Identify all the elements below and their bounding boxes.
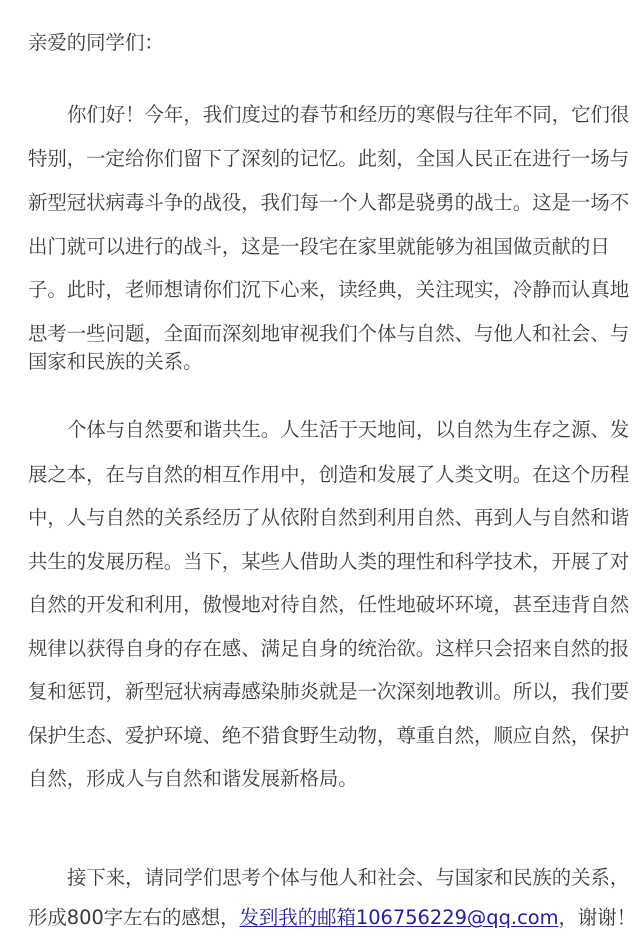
paragraph-line: 中，人与自然的关系经历了从依附自然到利用自然、再到人与自然和谐: [28, 506, 629, 530]
paragraph-line-with-link: 形成800字左右的感想，发到我的邮箱106756229@qq.com，谢谢！: [28, 906, 636, 930]
paragraph-line: 子。此时，老师想请你们沉下心来，读经典，关注现实，冷静而认真地: [28, 278, 629, 302]
paragraph-line: 展之本，在与自然的相互作用中，创造和发展了人类文明。在这个历程: [28, 463, 629, 487]
paragraph-line: 共生的发展历程。当下，某些人借助人类的理性和科学技术，开展了对: [28, 550, 629, 574]
paragraph-line: 国家和民族的关系。: [28, 350, 203, 374]
paragraph-line: 出门就可以进行的战斗，这是一段宅在家里就能够为祖国做贡献的日: [28, 235, 610, 259]
paragraph-line: 自然的开发和利用，傲慢地对待自然，任性地破坏环境，甚至违背自然: [28, 593, 629, 617]
paragraph-line: 规律以获得自身的存在感、满足自身的统治欲。这样只会招来自然的报: [28, 637, 629, 661]
paragraph-line: 特别，一定给你们留下了深刻的记忆。此刻，全国人民正在进行一场与: [28, 147, 629, 171]
email-link[interactable]: 发到我的邮箱106756229@qq.com: [240, 906, 559, 929]
assignment-text: 形成800字左右的感想，: [28, 906, 240, 929]
paragraph-line: 个体与自然要和谐共生。人生活于天地间，以自然为生存之源、发: [67, 418, 629, 442]
salutation: 亲爱的同学们：: [28, 31, 164, 55]
paragraph-line: 复和惩罚，新型冠状病毒感染肺炎就是一次深刻地教训。所以，我们要: [28, 680, 629, 704]
paragraph-line: 你们好！今年，我们度过的春节和经历的寒假与往年不同，它们很: [67, 103, 629, 127]
paragraph-line: 自然，形成人与自然和谐发展新格局。: [28, 767, 358, 791]
paragraph-line: 新型冠状病毒斗争的战役，我们每一个人都是骁勇的战士。这是一场不: [28, 191, 629, 215]
paragraph-line: 思考一些问题，全面而深刻地审视我们个体与自然、与他人和社会、与: [28, 322, 629, 346]
paragraph-line: 接下来，请同学们思考个体与他人和社会、与国家和民族的关系，: [67, 866, 629, 890]
thanks-text: ，谢谢！: [559, 906, 637, 929]
paragraph-line: 保护生态、爱护环境、绝不猎食野生动物，尊重自然，顺应自然，保护: [28, 724, 629, 748]
